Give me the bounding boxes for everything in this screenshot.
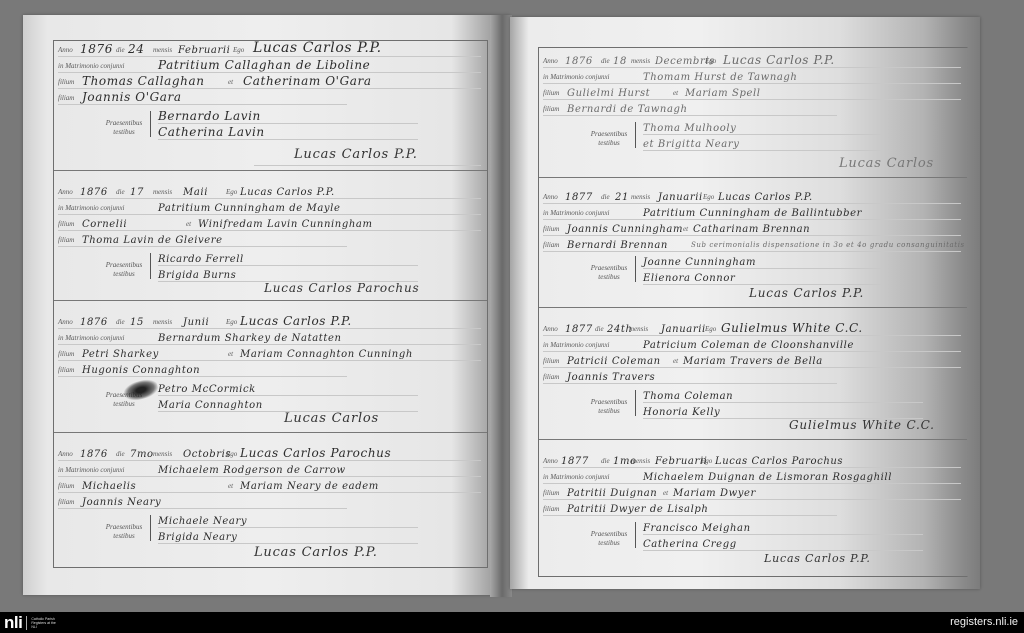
entry-month: Februarii — [655, 456, 707, 467]
bride-name: Joannis O'Gara — [82, 90, 182, 104]
groom-father: Cornelii — [82, 219, 127, 230]
witness-line: Catherina Cregg — [643, 538, 923, 551]
groom-mother: Mariam Connaghton Cunningh — [240, 349, 413, 360]
groom-parents-row: filium Patricii Coleman et Mariam Traver… — [543, 354, 961, 368]
bracket — [150, 253, 154, 279]
bride-name: Thoma Lavin de Gleivere — [82, 235, 223, 246]
entry-year: 1877 — [565, 192, 593, 203]
groom-mother: Mariam Spell — [685, 88, 761, 99]
witnesses-label: Praesentibustestibus — [100, 119, 148, 137]
entry-day: 21 — [615, 192, 629, 203]
entry-day: 18 — [613, 56, 627, 67]
date-row: Anno 1876 die 24 mensis Februarii Ego Lu… — [58, 43, 481, 57]
date-row: Anno 1877 die 24th mensis Januarii Ego G… — [543, 322, 961, 336]
register-page-right: Anno 1876 die 18 mensis Decembris Ego Lu… — [510, 17, 980, 589]
marriage-entry: Anno 1876 die 15 mensis Junii Ego Lucas … — [54, 301, 487, 433]
bride-name: Bernardi de Tawnagh — [567, 104, 688, 115]
groom-mother: Catherinam O'Gara — [243, 74, 372, 88]
witness-line: Thoma Mulhooly — [643, 122, 883, 135]
image-viewer[interactable]: Anno 1876 die 24 mensis Februarii Ego Lu… — [0, 0, 1024, 612]
entry-year: 1877 — [565, 324, 593, 335]
witness-name: Brigida Neary — [158, 532, 237, 543]
date-row: Anno 1876 die 7mo mensis Octobris Ego Lu… — [58, 447, 481, 461]
witness-name: Petro McCormick — [158, 384, 256, 395]
marriage-entry: Anno 1877 die 1mo mensis Februarii Ego L… — [539, 440, 967, 578]
groom-father: Patricii Coleman — [567, 356, 661, 367]
groom-mother: Mariam Neary de eadem — [240, 481, 379, 492]
witness-line: Francisco Meighan — [643, 522, 923, 535]
signature-line — [254, 165, 481, 166]
marriage-entry: Anno 1877 die 21 mensis Januarii Ego Luc… — [539, 178, 967, 308]
groom-parents-row: filium Joannis Cunningham et Catharinam … — [543, 222, 961, 236]
groom-name: Michaelem Duignan de Lismoran Rosgaghill — [643, 472, 892, 483]
bride-row: filiam Patritii Dwyer de Lisalph — [543, 502, 837, 516]
witness-name: Michaele Neary — [158, 516, 247, 527]
dispensation-note: Sub cerimonialis dispensatione in 3o et … — [691, 241, 965, 249]
witness-name: Francisco Meighan — [643, 523, 751, 534]
page-frame: Anno 1876 die 18 mensis Decembris Ego Lu… — [538, 47, 968, 577]
witness-line: Thoma Coleman — [643, 390, 923, 403]
date-row: Anno 1876 die 15 mensis Junii Ego Lucas … — [58, 315, 481, 329]
groom-mother: Mariam Travers de Bella — [683, 356, 823, 367]
bride-row: filiam Bernardi de Tawnagh — [543, 102, 837, 116]
entry-year: 1876 — [80, 42, 113, 56]
entry-priest: Lucas Carlos P.P. — [240, 314, 352, 328]
marriage-entry: Anno 1876 die 24 mensis Februarii Ego Lu… — [54, 41, 487, 171]
entry-priest: Lucas Carlos P.P. — [253, 40, 382, 56]
groom-name: Patritium Cunningham de Mayle — [158, 203, 341, 214]
bride-row: filiam Joannis Neary — [58, 495, 347, 509]
entry-month: Januarii — [658, 192, 703, 203]
groom-name: Patritium Callaghan de Liboline — [158, 58, 370, 72]
date-row: Anno 1876 die 17 mensis Maii Ego Lucas C… — [58, 185, 481, 199]
witness-name: Maria Connaghton — [158, 400, 263, 411]
groom-row: in Matrimonio conjunxi Patritium Cunning… — [58, 201, 481, 215]
logo-divider — [26, 616, 27, 630]
groom-name: Bernardum Sharkey de Natatten — [158, 333, 342, 344]
entry-priest: Lucas Carlos Parochus — [715, 456, 843, 467]
entry-priest: Lucas Carlos Parochus — [240, 446, 391, 460]
groom-parents-row: filium Gulielmi Hurst et Mariam Spell — [543, 86, 961, 100]
witness-name: Catherina Cregg — [643, 539, 737, 550]
entry-day: 17 — [130, 187, 144, 198]
entry-day: 24 — [128, 42, 144, 56]
entry-year: 1876 — [80, 449, 108, 460]
bracket — [635, 122, 639, 148]
page-frame: Anno 1876 die 24 mensis Februarii Ego Lu… — [53, 40, 488, 568]
bracket — [150, 111, 154, 137]
bride-row: filiam Joannis O'Gara — [58, 91, 347, 105]
witness-line: Michaele Neary — [158, 515, 418, 528]
witness-name: Thoma Coleman — [643, 391, 733, 402]
bride-name: Joannis Travers — [567, 372, 655, 383]
groom-parents-row: filium Michaelis et Mariam Neary de eade… — [58, 479, 481, 493]
groom-father: Joannis Cunningham — [567, 224, 683, 235]
entry-month: Januarii — [661, 324, 706, 335]
date-row: Anno 1877 die 1mo mensis Februarii Ego L… — [543, 454, 961, 468]
witness-name: Bernardo Lavin — [158, 109, 261, 123]
groom-mother: Mariam Dwyer — [673, 488, 756, 499]
entry-day: 7mo — [130, 449, 154, 460]
officiant-signature: Gulielmus White C.C. — [789, 418, 935, 432]
bride-row: filiam Thoma Lavin de Gleivere — [58, 233, 347, 247]
groom-parents-row: filium Thomas Callaghan et Catherinam O'… — [58, 75, 481, 89]
witness-line: Elienora Connor — [643, 272, 883, 285]
bride-name: Joannis Neary — [82, 497, 161, 508]
groom-father: Thomas Callaghan — [82, 74, 205, 88]
officiant-signature: Lucas Carlos P.P. — [764, 552, 871, 565]
groom-father: Patritii Duignan — [567, 488, 657, 499]
groom-father: Gulielmi Hurst — [567, 88, 650, 99]
entry-month: Februarii — [178, 45, 230, 56]
witness-name: et Brigitta Neary — [643, 139, 739, 150]
bride-name: Patritii Dwyer de Lisalph — [567, 504, 708, 515]
groom-name: Patricium Coleman de Cloonshanville — [643, 340, 854, 351]
officiant-signature: Lucas Carlos Parochus — [264, 281, 419, 295]
bracket — [150, 515, 154, 541]
groom-row: in Matrimonio conjunxi Michaelem Duignan… — [543, 470, 961, 484]
groom-father: Petri Sharkey — [82, 349, 159, 360]
ink-smudge — [122, 377, 160, 403]
witnesses-label: Praesentibustestibus — [100, 261, 148, 279]
groom-parents-row: filium Petri Sharkey et Mariam Connaghto… — [58, 347, 481, 361]
groom-row: in Matrimonio conjunxi Michaelem Rodgers… — [58, 463, 481, 477]
witness-name: Honoria Kelly — [643, 407, 720, 418]
date-row: Anno 1877 die 21 mensis Januarii Ego Luc… — [543, 190, 961, 204]
groom-row: in Matrimonio conjunxi Patricium Coleman… — [543, 338, 961, 352]
witness-name: Elienora Connor — [643, 273, 735, 284]
logo-caption: Catholic Parish Registers at the NLI — [31, 617, 57, 629]
groom-row: in Matrimonio conjunxi Thomam Hurst de T… — [543, 70, 961, 84]
witness-line: Joanne Cunningham — [643, 256, 883, 269]
entry-year: 1876 — [80, 187, 108, 198]
officiant-signature: Lucas Carlos — [284, 411, 379, 426]
witnesses-label: Praesentibustestibus — [585, 398, 633, 416]
witness-name: Ricardo Ferrell — [158, 254, 244, 265]
entry-year: 1876 — [565, 56, 593, 67]
groom-parents-row: filium Cornelii et Winifredam Lavin Cunn… — [58, 217, 481, 231]
marriage-entry: Anno 1876 die 7mo mensis Octobris Ego Lu… — [54, 433, 487, 569]
groom-name: Michaelem Rodgerson de Carrow — [158, 465, 346, 476]
groom-mother: Winifredam Lavin Cunningham — [198, 219, 373, 230]
bride-row: filiam Joannis Travers — [543, 370, 837, 384]
groom-father: Michaelis — [82, 481, 136, 492]
date-row: Anno 1876 die 18 mensis Decembris Ego Lu… — [543, 54, 961, 68]
book-gutter — [490, 15, 512, 597]
entry-priest: Lucas Carlos P.P. — [718, 192, 813, 203]
register-page-left: Anno 1876 die 24 mensis Februarii Ego Lu… — [23, 15, 510, 595]
witness-name: Catherina Lavin — [158, 125, 265, 139]
entry-day: 15 — [130, 317, 144, 328]
site-link[interactable]: registers.nli.ie — [950, 616, 1018, 628]
witnesses-label: Praesentibustestibus — [585, 130, 633, 148]
bracket — [635, 522, 639, 548]
entry-year: 1876 — [80, 317, 108, 328]
witness-name: Joanne Cunningham — [643, 257, 756, 268]
groom-row: in Matrimonio conjunxi Patritium Callagh… — [58, 59, 481, 73]
officiant-signature: Lucas Carlos P.P. — [294, 147, 418, 162]
marriage-entry: Anno 1876 die 18 mensis Decembris Ego Lu… — [539, 48, 967, 178]
bride-name: Hugonis Connaghton — [82, 365, 200, 376]
entry-priest: Lucas Carlos P.P. — [723, 53, 835, 67]
entry-year: 1877 — [561, 456, 589, 467]
bride-row: filiam Hugonis Connaghton — [58, 363, 347, 377]
witnesses-label: Praesentibustestibus — [585, 530, 633, 548]
marriage-entry: Anno 1876 die 17 mensis Maii Ego Lucas C… — [54, 171, 487, 301]
marriage-entry: Anno 1877 die 24th mensis Januarii Ego G… — [539, 308, 967, 440]
bride-row: filiam Bernardi Brennan Sub cerimonialis… — [543, 238, 961, 252]
bride-name: Bernardi Brennan — [567, 240, 668, 251]
groom-name: Patritium Cunningham de Ballintubber — [643, 208, 862, 219]
witnesses-label: Praesentibustestibus — [100, 523, 148, 541]
groom-row: in Matrimonio conjunxi Bernardum Sharkey… — [58, 331, 481, 345]
groom-parents-row: filium Patritii Duignan et Mariam Dwyer — [543, 486, 961, 500]
officiant-signature: Lucas Carlos P.P. — [749, 286, 864, 300]
entry-month: Junii — [183, 317, 209, 328]
entry-month: Octobris — [183, 449, 231, 460]
officiant-signature: Lucas Carlos — [839, 156, 934, 171]
witness-line: Petro McCormick — [158, 383, 418, 396]
groom-name: Thomam Hurst de Tawnagh — [643, 72, 797, 83]
nli-logo[interactable]: nli Catholic Parish Registers at the NLI — [4, 614, 57, 631]
groom-mother: Catharinam Brennan — [693, 224, 810, 235]
witness-name: Thoma Mulhooly — [643, 123, 736, 134]
bracket — [635, 390, 639, 416]
groom-row: in Matrimonio conjunxi Patritium Cunning… — [543, 206, 961, 220]
witness-line: Bernardo Lavin — [158, 111, 418, 124]
entry-priest: Lucas Carlos P.P. — [240, 187, 335, 198]
entry-priest: Gulielmus White C.C. — [721, 321, 863, 335]
nli-logo-mark: nli — [4, 614, 22, 631]
footer-bar: nli Catholic Parish Registers at the NLI… — [0, 612, 1024, 633]
witness-name: Brigida Burns — [158, 270, 236, 281]
witnesses-label: Praesentibustestibus — [585, 264, 633, 282]
witness-line: Brigida Neary — [158, 531, 418, 544]
witness-line: Ricardo Ferrell — [158, 253, 418, 266]
witness-line: Catherina Lavin — [158, 127, 418, 140]
officiant-signature: Lucas Carlos P.P. — [254, 545, 378, 560]
entry-month: Maii — [183, 187, 208, 198]
witness-line: et Brigitta Neary — [643, 138, 883, 151]
bracket — [635, 256, 639, 282]
